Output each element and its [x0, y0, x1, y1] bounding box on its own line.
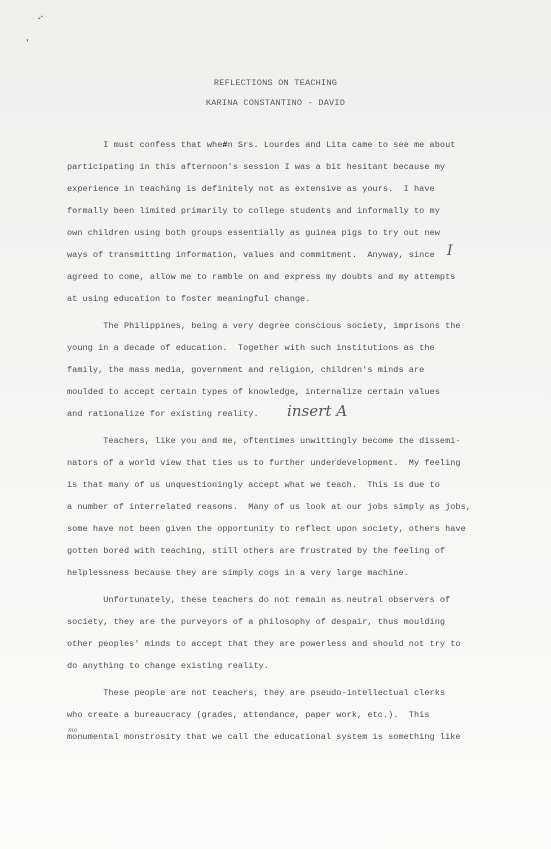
text-line: who create a bureaucracy (grades, attend… — [67, 704, 507, 726]
text-line: some have not been given the opportunity… — [67, 518, 507, 540]
stray-mark-2: ˌ — [26, 34, 28, 43]
text-line: I must confess that whe#n Srs. Lourdes a… — [67, 134, 507, 156]
paragraph-1: I must confess that whe#n Srs. Lourdes a… — [67, 134, 507, 310]
text-line: monumental monstrosity that we call the … — [67, 726, 507, 748]
paragraph-4: Unfortunately, these teachers do not rem… — [67, 589, 507, 677]
handwritten-margin-note: mo — [68, 720, 77, 742]
text-line: Unfortunately, these teachers do not rem… — [67, 589, 507, 611]
stray-mark-1: -· — [36, 13, 45, 24]
document-title: REFLECTIONS ON TEACHING — [0, 73, 551, 93]
paragraph-5: These people are not teachers, they are … — [67, 682, 507, 748]
text-line: at using education to foster meaningful … — [67, 288, 507, 310]
text-line: experience in teaching is definitely not… — [67, 178, 507, 200]
handwritten-insert-note: insert A — [287, 400, 347, 422]
line-part: I must confess that whe — [67, 140, 222, 150]
line-part: n Srs. Lourdes and Lita came to see me a… — [228, 140, 456, 150]
text-line: family, the mass media, government and r… — [67, 359, 507, 381]
text-line: young in a decade of education. Together… — [67, 337, 507, 359]
text-line: other peoples' minds to accept that they… — [67, 633, 507, 655]
text-line: a number of interrelated reasons. Many o… — [67, 496, 507, 518]
paragraph-3: Teachers, like you and me, oftentimes un… — [67, 430, 507, 584]
text-line: helplessness because they are simply cog… — [67, 562, 507, 584]
text-line: ways of transmitting information, values… — [67, 244, 507, 266]
text-line: is that many of us unquestioningly accep… — [67, 474, 507, 496]
text-line: participating in this afternoon's sessio… — [67, 156, 507, 178]
text-line: society, they are the purveyors of a phi… — [67, 611, 507, 633]
document-body: I must confess that whe#n Srs. Lourdes a… — [67, 134, 507, 748]
text-line: nators of a world view that ties us to f… — [67, 452, 507, 474]
text-line: own children using both groups essential… — [67, 222, 507, 244]
text-line: agreed to come, allow me to ramble on an… — [67, 266, 507, 288]
text-line: These people are not teachers, they are … — [67, 682, 507, 704]
text-line: and rationalize for existing reality.ins… — [67, 403, 507, 425]
handwritten-I: I — [447, 240, 453, 262]
text-line: The Philippines, being a very degree con… — [67, 315, 507, 337]
document-page: -· ˌ REFLECTIONS ON TEACHING KARINA CONS… — [0, 0, 551, 849]
text-line: formally been limited primarily to colle… — [67, 200, 507, 222]
line-part: monumental monstrosity that we call the … — [67, 732, 461, 742]
text-line: do anything to change existing reality. — [67, 655, 507, 677]
line-part: ways of transmitting information, values… — [67, 250, 435, 260]
line-part: and rationalize for existing reality. — [67, 409, 259, 419]
text-line: gotten bored with teaching, still others… — [67, 540, 507, 562]
title-block: REFLECTIONS ON TEACHING KARINA CONSTANTI… — [0, 73, 551, 113]
text-line: Teachers, like you and me, oftentimes un… — [67, 430, 507, 452]
document-author: KARINA CONSTANTINO - DAVID — [0, 93, 551, 113]
paragraph-2: The Philippines, being a very degree con… — [67, 315, 507, 425]
